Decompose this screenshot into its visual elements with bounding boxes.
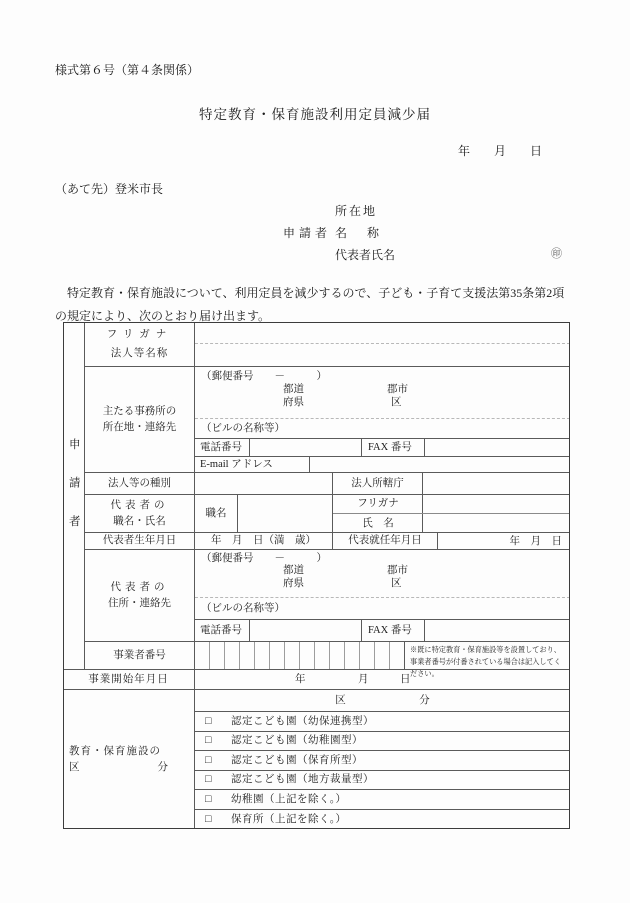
rep-birth-label: 代表者生年月日 xyxy=(103,534,177,547)
office-fax-label: FAX 番号 xyxy=(362,439,425,457)
applicant-section-label: 申請者 xyxy=(63,322,85,670)
applicant-address-label: 所在地 xyxy=(335,202,377,219)
corp-furigana-input[interactable] xyxy=(195,322,570,344)
job-title-input[interactable] xyxy=(238,495,333,533)
provider-number-box[interactable] xyxy=(269,642,284,669)
provider-number-box[interactable] xyxy=(374,642,389,669)
rep-name-label: 氏 名 xyxy=(333,514,423,533)
rep-birth-value-label: 年 月 日（満 歳） xyxy=(211,534,316,547)
job-title-label-cell: 職名 xyxy=(195,495,238,533)
rep-title-label-1: 代表者の xyxy=(111,499,169,512)
category-label: 認定こども園（幼稚園型） xyxy=(231,734,363,747)
facility-kubun-right: 分 xyxy=(158,761,169,774)
office-city-label-1: 郡市 xyxy=(387,383,408,396)
provider-number-label: 事業者番号 xyxy=(113,649,166,662)
jurisdiction-input[interactable] xyxy=(423,473,570,495)
checkbox-yochien[interactable]: □ xyxy=(205,793,218,806)
rep-address-label-1: 代表者の xyxy=(111,581,169,594)
category-header-label: 区 分 xyxy=(335,694,430,707)
checkbox-nintei-yoho[interactable]: □ xyxy=(205,715,218,728)
office-tel-label: 電話番号 xyxy=(195,439,250,457)
appointment-label-cell: 代表就任年月日 xyxy=(333,533,438,550)
rep-tel-label: 電話番号 xyxy=(195,620,250,642)
rep-fax-label: FAX 番号 xyxy=(362,620,425,642)
facility-category-label-cell: 教育・保育施設の 区 分 xyxy=(63,690,195,829)
provider-number-box[interactable] xyxy=(224,642,239,669)
form-page: 様式第６号（第４条関係） 特定教育・保育施設利用定員減少届 年 月 日 （あて先… xyxy=(0,0,630,903)
body-line-1: 特定教育・保育施設について、利用定員を減少するので、子ども・子育て支援法第35条… xyxy=(55,282,583,305)
category-row: □ 認定こども園（幼保連携型） xyxy=(195,712,570,732)
rep-prefecture-label-2: 府県 xyxy=(283,577,304,590)
office-address-label-1: 主たる事務所の xyxy=(103,405,177,418)
applicant-representative-label: 代表者氏名 xyxy=(335,246,395,263)
rep-name-label-cell: フリガナ 氏 名 xyxy=(333,495,423,533)
facility-kubun-left: 区 xyxy=(69,761,80,774)
applicant-name-label: 名 称 xyxy=(335,224,383,241)
appointment-ymd-label: 年 月 日 xyxy=(510,536,563,547)
corp-name-label-cell: フリガナ 法人等名称 xyxy=(85,322,195,367)
rep-address-label-2: 住所・連絡先 xyxy=(108,597,171,610)
category-row: □ 認定こども園（地方裁量型） xyxy=(195,771,570,791)
furigana-label: フリガナ xyxy=(107,328,172,341)
date-line: 年 月 日 xyxy=(458,142,542,159)
corp-type-input[interactable] xyxy=(195,473,333,495)
office-email-row: E-mail アドレス xyxy=(195,457,570,473)
corp-name-input[interactable] xyxy=(195,344,570,367)
rep-postal-label: （郵便番号 － ） xyxy=(201,552,327,565)
provider-number-box[interactable] xyxy=(209,642,224,669)
provider-number-box[interactable] xyxy=(299,642,314,669)
biz-start-ymd-label: 年 月 日 xyxy=(295,674,411,685)
biz-start-input[interactable]: 年 月 日 xyxy=(195,670,570,690)
jurisdiction-label-cell: 法人所轄庁 xyxy=(333,473,423,495)
form-number: 様式第６号（第４条関係） xyxy=(55,61,199,78)
rep-birth-input[interactable]: 年 月 日（満 歳） xyxy=(195,533,333,550)
rep-tel-row: 電話番号 FAX 番号 xyxy=(195,620,570,642)
rep-building-input[interactable]: （ビルの名称等） xyxy=(195,598,570,620)
office-address-input[interactable]: （郵便番号 － ） 都道 府県 郡市 区 xyxy=(195,367,570,419)
provider-number-box[interactable] xyxy=(329,642,344,669)
category-header-cell: 区 分 xyxy=(195,690,570,712)
rep-tel-input[interactable] xyxy=(250,620,362,642)
office-prefecture-label-1: 都道 xyxy=(283,383,304,396)
provider-number-note: ※既に特定教育・保育施設等を設置しており、事業者番号が付番されている場合は記入し… xyxy=(405,642,570,670)
provider-number-box[interactable] xyxy=(359,642,374,669)
rep-title-name-label-cell: 代表者の 職名・氏名 xyxy=(85,495,195,533)
addressee: （あて先）登米市長 xyxy=(55,180,163,197)
provider-number-box[interactable] xyxy=(284,642,299,669)
provider-number-box[interactable] xyxy=(389,642,404,669)
corp-type-label: 法人等の種別 xyxy=(108,477,171,490)
facility-category-label-1: 教育・保育施設の xyxy=(63,745,194,758)
office-email-input[interactable] xyxy=(310,457,570,473)
provider-number-box[interactable] xyxy=(314,642,329,669)
page-title: 特定教育・保育施設利用定員減少届 xyxy=(0,103,630,123)
application-table: 申請者 フリガナ 法人等名称 主たる事務所の 所在地・連絡先 （郵便番号 － ）… xyxy=(63,322,570,829)
appointment-label: 代表就任年月日 xyxy=(348,534,422,547)
category-row: □ 認定こども園（保育所型） xyxy=(195,751,570,771)
checkbox-nintei-hoiku[interactable]: □ xyxy=(205,754,218,767)
rep-fax-input[interactable] xyxy=(425,620,570,642)
rep-name-input[interactable] xyxy=(423,514,570,533)
provider-number-box[interactable] xyxy=(254,642,269,669)
rep-birth-label-cell: 代表者生年月日 xyxy=(85,533,195,550)
office-prefecture-label-2: 府県 xyxy=(283,396,304,409)
office-email-label: E-mail アドレス xyxy=(195,457,310,473)
job-title-label: 職名 xyxy=(206,507,227,520)
category-label: 認定こども園（保育所型） xyxy=(231,754,363,767)
office-building-input[interactable]: （ビルの名称等） xyxy=(195,419,570,439)
provider-number-box[interactable] xyxy=(344,642,359,669)
office-address-label-cell: 主たる事務所の 所在地・連絡先 xyxy=(85,367,195,473)
applicant-vertical-text: 申請者 xyxy=(66,438,80,554)
office-city-label-2: 区 xyxy=(391,396,402,409)
rep-address-label-cell: 代表者の 住所・連絡先 xyxy=(85,550,195,642)
category-row: □ 保育所（上記を除く。） xyxy=(195,810,570,830)
seal-mark: ㊞ xyxy=(551,245,562,261)
office-address-label-2: 所在地・連絡先 xyxy=(103,421,177,434)
office-fax-input[interactable] xyxy=(425,439,570,457)
rep-prefecture-label-1: 都道 xyxy=(283,564,304,577)
rep-furigana-label: フリガナ xyxy=(333,495,423,514)
biz-start-label-cell: 事業開始年月日 xyxy=(63,670,195,690)
provider-number-box[interactable] xyxy=(195,642,209,669)
rep-name-value-cell xyxy=(423,495,570,533)
checkbox-nintei-yochien[interactable]: □ xyxy=(205,734,218,747)
office-postal-label: （郵便番号 － ） xyxy=(201,370,327,383)
provider-number-label-cell: 事業者番号 xyxy=(85,642,195,670)
category-row: □ 幼稚園（上記を除く。） xyxy=(195,790,570,810)
office-tel-input[interactable] xyxy=(250,439,362,457)
corp-name-label: 法人等名称 xyxy=(111,347,169,360)
office-tel-row: 電話番号 FAX 番号 xyxy=(195,439,570,457)
applicant-role-label: 申請者 xyxy=(283,224,331,241)
appointment-input[interactable]: 年 月 日 xyxy=(438,533,570,550)
category-label: 幼稚園（上記を除く。） xyxy=(231,793,347,806)
corp-type-label-cell: 法人等の種別 xyxy=(85,473,195,495)
category-row: □ 認定こども園（幼稚園型） xyxy=(195,732,570,752)
biz-start-label: 事業開始年月日 xyxy=(88,673,169,686)
provider-number-input[interactable] xyxy=(195,642,405,670)
rep-title-label-2: 職名・氏名 xyxy=(113,515,166,528)
provider-number-box[interactable] xyxy=(239,642,254,669)
checkbox-nintei-chiho[interactable]: □ xyxy=(205,773,218,786)
rep-building-label: （ビルの名称等） xyxy=(201,603,285,614)
office-building-label: （ビルの名称等） xyxy=(201,423,285,434)
rep-city-label-2: 区 xyxy=(391,577,402,590)
category-label: 認定こども園（地方裁量型） xyxy=(231,773,374,786)
rep-city-label-1: 郡市 xyxy=(387,564,408,577)
category-label: 認定こども園（幼保連携型） xyxy=(231,715,374,728)
facility-category-label-2: 区 分 xyxy=(63,761,194,774)
jurisdiction-label: 法人所轄庁 xyxy=(351,477,404,490)
checkbox-hoikusho[interactable]: □ xyxy=(205,813,218,826)
category-label: 保育所（上記を除く。） xyxy=(231,813,347,826)
rep-furigana-input[interactable] xyxy=(423,495,570,514)
rep-address-input[interactable]: （郵便番号 － ） 都道 府県 郡市 区 xyxy=(195,550,570,598)
